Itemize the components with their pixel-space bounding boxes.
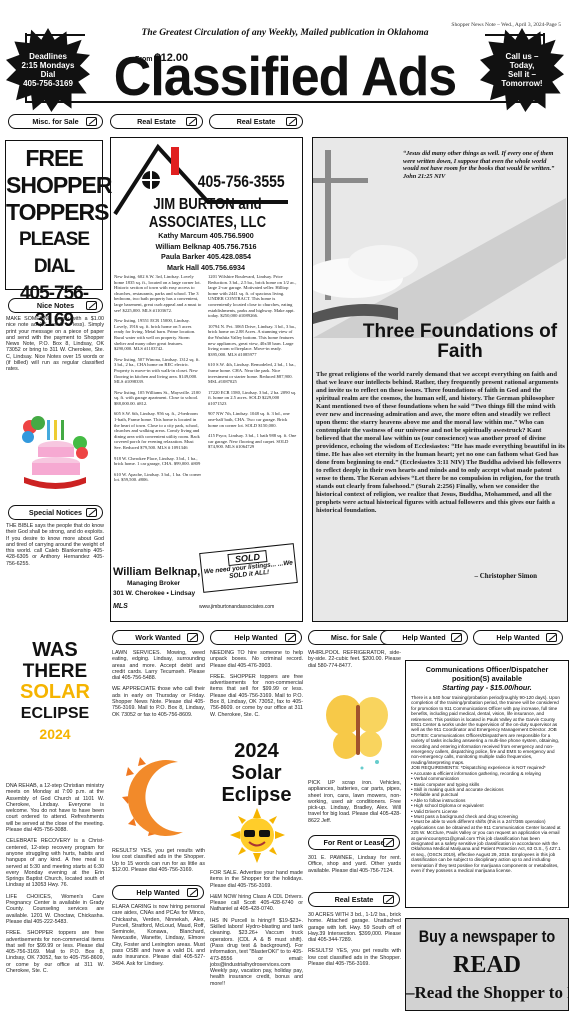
section-header-special-notices: Special Notices — [8, 505, 103, 520]
birthday-cake-icon — [20, 415, 90, 493]
pencil-icon — [186, 117, 197, 126]
pencil-icon — [383, 838, 394, 847]
section-header-for-rent-or-lease: For Rent or Lease — [308, 835, 400, 850]
pencil-icon — [187, 633, 198, 642]
rent-pawnee: 301 E. PAWNEE, Lindsay for rent. Office,… — [308, 855, 401, 874]
section-header-help-wanted-4: Help Wanted — [112, 885, 204, 900]
work-wanted-results: RESULTS! YES, you get results with low c… — [112, 848, 205, 873]
section-header-help-wanted-2: Help Wanted — [380, 630, 468, 645]
agency-address: 301 W. Cherokee • Lindsay — [113, 590, 195, 597]
faith-author: – Christopher Simon — [475, 572, 538, 580]
misc-scrap-iron: PICK UP scrap iron. Vehicles, appliances… — [308, 780, 401, 824]
special-notice-bible: THE BIBLE says the people that do know t… — [6, 523, 104, 567]
section-header-nice-notes: Nice Notes — [8, 298, 103, 313]
agency-name: JIM BURTON and ASSOCIATES, LLC — [115, 196, 300, 232]
faith-body: The great religions of the world rarely … — [316, 371, 566, 515]
real-estate-listings: 30 ACRES WITH 3 bd., 1-1/2 ba., brick ho… — [308, 912, 401, 972]
page-title: Classified Ads — [90, 49, 480, 106]
masthead-tagline: The Greatest Circulation of any Weekly, … — [85, 28, 485, 38]
broker-name: William Belknap, — [113, 566, 200, 578]
special-notices-list: DNA REHAB, a 12-step Christian ministry … — [6, 783, 104, 979]
three-foundations-faith-ad: “Jesus did many other things as well. If… — [312, 137, 568, 622]
broker-title: Managing Broker — [127, 580, 180, 587]
pencil-icon — [383, 895, 394, 904]
faith-title: Three Foundations of Faith — [353, 322, 567, 362]
help-wanted-list-b: FOR SALE. Advertise your hand made items… — [210, 870, 303, 992]
agency-phone: 405-756-3555 — [198, 172, 296, 192]
section-header-real-estate-2: Real Estate — [209, 114, 303, 129]
section-header-help-wanted: Help Wanted — [210, 630, 302, 645]
section-header-work-wanted: Work Wanted — [112, 630, 204, 645]
communications-officer-ad: Communications Officer/Dispatcher positi… — [405, 660, 569, 908]
job-title: Communications Officer/Dispatcher — [411, 665, 563, 674]
solar-eclipse-heading: 2024SolarEclipse — [210, 740, 303, 806]
job-subtitle: position(S) available — [411, 674, 563, 683]
bible-quote: “Jesus did many other things as well. If… — [403, 150, 563, 180]
free-toppers-ad: FREE SHOPPER TOPPERS PLEASE DIAL 405-756… — [5, 140, 103, 290]
pencil-icon — [451, 633, 462, 642]
pencil-icon — [86, 117, 97, 126]
sold-stamp-box: SOLD We need your listings... ...We SOLD… — [199, 543, 298, 593]
help-wanted-list: NEEDING TO hire someone to help unpack b… — [210, 650, 303, 723]
butterfly-icon — [322, 690, 392, 770]
notice-life-choices: LIFE CHOICES, Women's Care Pregnancy Cen… — [6, 894, 104, 925]
section-header-real-estate-3: Real Estate — [308, 892, 400, 907]
job-pay: Starting pay - $15.00/hour. — [411, 683, 563, 692]
jim-burton-real-estate-ad: 405-756-3555 JIM BURTON and ASSOCIATES, … — [110, 137, 303, 622]
sun-sunglasses-icon — [230, 808, 285, 863]
crescent-sun-icon — [118, 752, 198, 842]
help-wanted-elara: ELARA CARING is now hiring personal care… — [112, 904, 205, 967]
misc-refrigerator: WHIRLPOOL REFRIGERATOR, side-by-side. 22… — [308, 650, 401, 669]
notice-celebrate-recovery: CELEBRATE RECOVERY is a Christ-centered,… — [6, 838, 104, 888]
nice-notes-text: MAKE SOMEONE happy with a $1.00 nice not… — [6, 316, 104, 373]
pencil-icon — [286, 117, 297, 126]
section-header-misc-for-sale: Misc. for Sale — [8, 114, 103, 129]
buy-newspaper-ad: Buy a newspaper to READ –Read the Shoppe… — [405, 918, 569, 1011]
pencil-icon — [187, 888, 198, 897]
pencil-icon — [546, 633, 557, 642]
notice-free-toppers: FREE. SHOPPER toppers are free advertise… — [6, 930, 104, 974]
mls-logo: MLS — [113, 603, 128, 610]
notice-dna-rehab: DNA REHAB, a 12-step Christian ministry … — [6, 783, 104, 833]
eclipse-2024-graphic: WAS THERE SOLAR ECLIPSE 2024 — [10, 640, 100, 770]
section-header-help-wanted-3: Help Wanted — [473, 630, 563, 645]
pencil-icon — [86, 508, 97, 517]
section-header-real-estate: Real Estate — [110, 114, 203, 129]
agent-list: Kathy Marcum 405.756.5900William Belknap… — [111, 231, 301, 273]
pencil-icon — [86, 301, 97, 310]
work-wanted-list: LAWN SERVICES. Mowing, weed eating, edgi… — [112, 650, 205, 723]
agency-website[interactable]: www.jimburtonandassociates.com — [199, 604, 274, 610]
listings-left: New listing. 602 S.W. 3rd, Lindsay. Love… — [114, 274, 202, 488]
pencil-icon — [285, 633, 296, 642]
job-description: There is a 540 hour training/probation p… — [411, 695, 563, 873]
listings-right: 1201 Wilshire Boulevard, Lindsay. Price … — [208, 274, 298, 455]
